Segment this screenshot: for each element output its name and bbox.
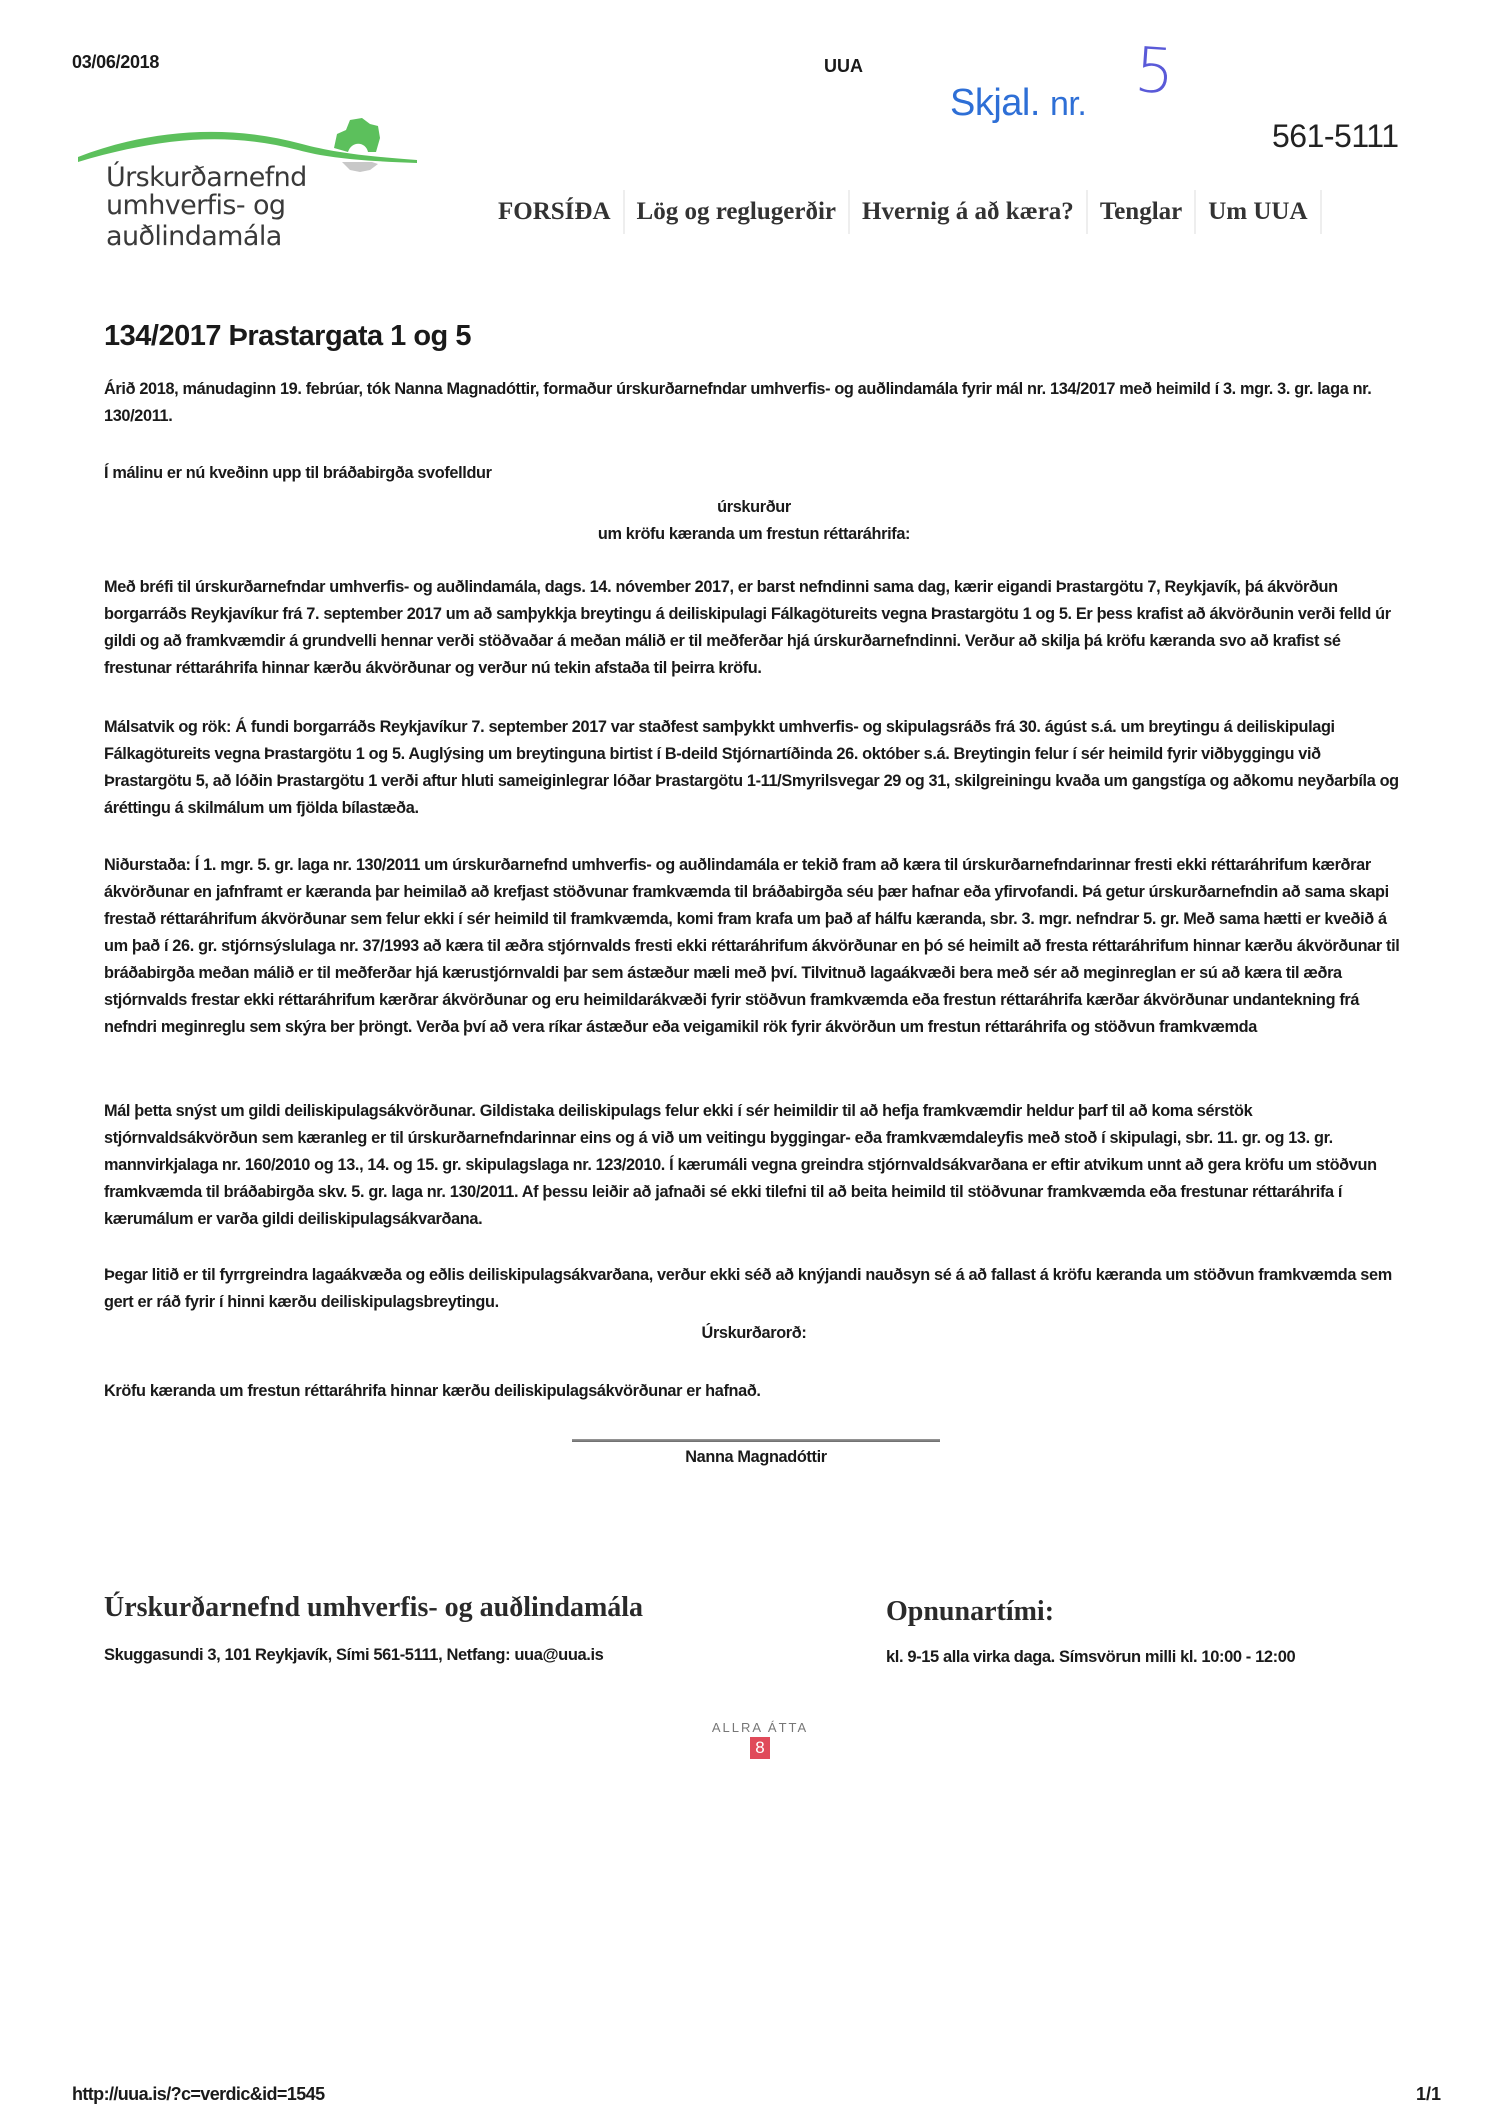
logo-text-line1: Úrskurðarnefnd [106, 162, 307, 193]
ruling-words-heading: Úrskurðarorð: [104, 1320, 1404, 1347]
stamp-label: Skjal. [950, 82, 1040, 124]
print-page-title: UUA [824, 56, 863, 77]
print-page-number: 1/1 [1416, 2084, 1441, 2105]
assessment-paragraph: Þegar litið er til fyrrgreindra lagaákvæ… [104, 1262, 1404, 1316]
signature-line [572, 1439, 940, 1442]
intro-paragraph: Árið 2018, mánudaginn 19. febrúar, tók N… [104, 376, 1404, 430]
footer-hours-title: Opnunartími: [886, 1596, 1054, 1628]
complaint-section: Með bréfi til úrskurðarnefndar umhverfis… [104, 574, 1404, 682]
ruling-words-heading-block: Úrskurðarorð: [104, 1320, 1404, 1347]
main-nav: FORSÍÐA Lög og reglugerðir Hvernig á að … [498, 190, 1322, 234]
facts-label: Málsatvik og rök: [104, 718, 231, 736]
complaint-paragraph: Með bréfi til úrskurðarnefndar umhverfis… [104, 574, 1404, 682]
conclusion-section: Niðurstaða: Í 1. mgr. 5. gr. laga nr. 13… [104, 852, 1404, 1041]
nav-item-um-uua[interactable]: Um UUA [1196, 190, 1321, 234]
assessment-section: Þegar litið er til fyrrgreindra lagaákvæ… [104, 1262, 1404, 1316]
ruling-section: Kröfu kæranda um frestun réttaráhrifa hi… [104, 1378, 1404, 1405]
preamble-text: Í málinu er nú kveðinn upp til bráðabirg… [104, 460, 1404, 487]
brand-badge-icon: 8 [750, 1737, 770, 1759]
nav-item-hvernig-a-ad-kaera[interactable]: Hvernig á að kæra? [850, 190, 1088, 234]
signatory-name: Nanna Magnadóttir [572, 1444, 940, 1471]
header-phone: 561-5111 [1272, 118, 1398, 155]
signatory-block: Nanna Magnadóttir [572, 1444, 940, 1471]
document-stamp: Skjal. nr. [950, 82, 1086, 125]
conclusion-text: Í 1. mgr. 5. gr. laga nr. 130/2011 um úr… [104, 856, 1399, 1036]
case-intro: Árið 2018, mánudaginn 19. febrúar, tók N… [104, 376, 1404, 430]
nav-item-tenglar[interactable]: Tenglar [1088, 190, 1196, 234]
print-url: http://uua.is/?c=verdic&id=1545 [72, 2084, 325, 2105]
ruling-heading-block: úrskurður um kröfu kæranda um frestun ré… [104, 494, 1404, 548]
scope-section: Mál þetta snýst um gildi deiliskipulagsá… [104, 1098, 1404, 1233]
site-logo[interactable]: Úrskurðarnefnd umhverfis- og auðlindamál… [72, 112, 432, 222]
brand-text: ALLRA ÁTTA [700, 1720, 820, 1735]
logo-text-line2: umhverfis- og auðlindamála [106, 190, 432, 252]
stamp-handwritten-number: 5 [1133, 33, 1177, 109]
print-date: 03/06/2018 [72, 52, 159, 73]
case-preamble: Í málinu er nú kveðinn upp til bráðabirg… [104, 460, 1404, 487]
footer-address: Skuggasundi 3, 101 Reykjavík, Sími 561-5… [104, 1646, 603, 1665]
facts-text: Á fundi borgarráðs Reykjavíkur 7. septem… [104, 718, 1399, 817]
ruling-heading-line1: úrskurður [104, 494, 1404, 521]
conclusion-paragraph: Niðurstaða: Í 1. mgr. 5. gr. laga nr. 13… [104, 852, 1404, 1041]
stamp-nr-label: nr. [1050, 85, 1086, 123]
ruling-heading-line2: um kröfu kæranda um frestun réttaráhrifa… [104, 521, 1404, 548]
nav-item-forsida[interactable]: FORSÍÐA [498, 190, 625, 234]
nav-item-log-og-reglugerdir[interactable]: Lög og reglugerðir [625, 190, 851, 234]
conclusion-label: Niðurstaða: [104, 856, 191, 874]
facts-paragraph: Málsatvik og rök: Á fundi borgarráðs Rey… [104, 714, 1404, 822]
facts-section: Málsatvik og rök: Á fundi borgarráðs Rey… [104, 714, 1404, 822]
ruling-text: Kröfu kæranda um frestun réttaráhrifa hi… [104, 1378, 1404, 1405]
footer-org-title: Úrskurðarnefnd umhverfis- og auðlindamál… [104, 1592, 643, 1624]
footer-hours-text: kl. 9-15 alla virka daga. Símsvörun mill… [886, 1648, 1295, 1667]
scope-paragraph: Mál þetta snýst um gildi deiliskipulagsá… [104, 1098, 1404, 1233]
allra-atta-brand[interactable]: ALLRA ÁTTA 8 [700, 1720, 820, 1759]
case-title: 134/2017 Þrastargata 1 og 5 [104, 320, 471, 353]
